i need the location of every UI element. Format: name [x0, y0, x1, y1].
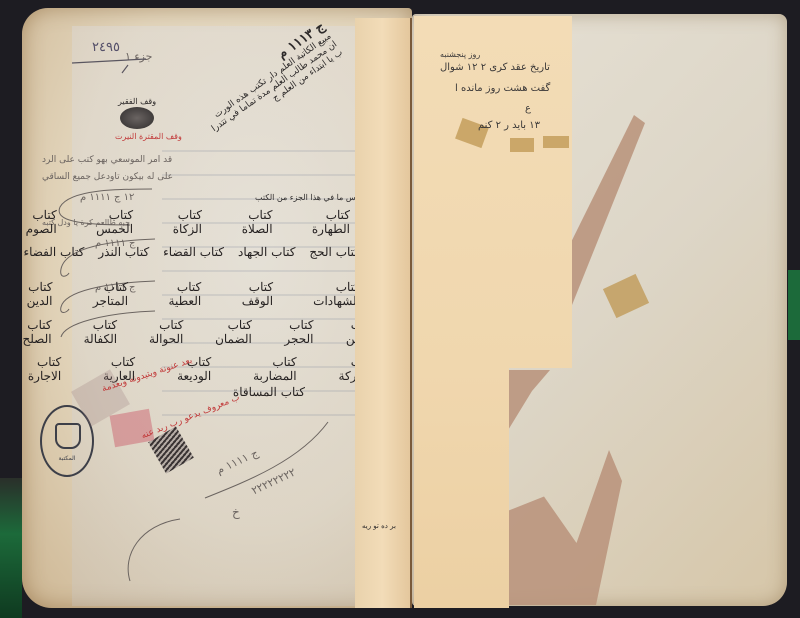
toc-item: كتاب الخمس: [71, 208, 133, 236]
toc-item: كتاب الحج: [309, 245, 360, 259]
toc-row-4: كتاب الرهن كتاب الحجر كتاب الضمان كتاب ا…: [0, 318, 375, 346]
flyleaf-note-3: گفت هشت روز مانده ا: [455, 83, 550, 94]
seal-label: المكتبة: [42, 455, 92, 462]
pencil-stroke: [70, 55, 150, 75]
toc-heading: فهرس ما في هذا الجزء من الكتب: [255, 193, 368, 202]
toc-item: كتاب المتاجر: [66, 280, 128, 308]
toc-item: كتاب الصلح: [0, 318, 52, 346]
toc-item: كتاب الشهادات: [287, 280, 360, 308]
tape-patch: [543, 136, 569, 148]
background-green-cloth: [0, 478, 22, 618]
pencil-loop-bottom: [120, 515, 190, 585]
margin-note-1: قد امر الموسعي بهو كتب على الرد: [42, 155, 172, 165]
toc-item: كتاب الاجارة: [0, 355, 61, 383]
toc-item: كتاب الصلاة: [216, 208, 273, 236]
toc-item: كتاب الحوالة: [127, 318, 183, 346]
toc-item: كتاب المساقاة: [233, 385, 305, 399]
page-number-note: ٢٤٩٥: [92, 40, 120, 55]
tape-patch: [510, 138, 534, 152]
bottom-pencil-note-3: خ: [232, 505, 240, 519]
seal-caption: وقف الفقير: [118, 97, 156, 106]
toc-item: كتاب الضمان: [193, 318, 252, 346]
toc-item: كتاب القضاء: [163, 245, 224, 259]
toc-item: كتاب الصوم: [0, 208, 57, 236]
flyleaf-note-2: تاريخ عقد كرى ٢ ١٢ شوال: [440, 62, 550, 73]
toc-item: كتاب العطية: [142, 280, 201, 308]
black-seal: [120, 107, 154, 129]
toc-row-6: كتاب المساقاة: [233, 385, 305, 399]
toc-item: كتاب الفضاء: [23, 245, 84, 259]
flyleaf-note-1: روز پنجشنبه: [440, 50, 480, 59]
toc-item: كتاب الدين: [0, 280, 52, 308]
spine-repair-strip: [355, 18, 412, 608]
toc-row-3: كتاب الشهادات كتاب الوقف كتاب العطية كتا…: [0, 280, 360, 308]
toc-item: كتاب الوقف: [215, 280, 273, 308]
toc-item: كتاب المضاربة: [225, 355, 296, 383]
spine-note: بر ده تو ريه: [362, 522, 396, 530]
margin-note-3: ١٢ ج ١١١١ م: [80, 192, 134, 203]
toc-item: كتاب الطهارة: [287, 208, 350, 236]
toc-row-1: كتاب الطهارة كتاب الصلاة كتاب الزكاة كتا…: [0, 208, 350, 236]
red-caption: وقف المقترة النيرت: [115, 132, 182, 141]
margin-note-2: على له بيكون تاودعل جميع الساقي: [42, 172, 173, 182]
toc-row-2: كتاب الحج كتاب الجهاد كتاب القضاء كتاب ا…: [23, 245, 360, 259]
background-green-cloth-right: [788, 270, 800, 340]
flyleaf-note-5: ١٣ بايد ر ٢ كنم: [478, 120, 540, 131]
toc-item: كتاب الجهاد: [238, 245, 295, 259]
seal-emblem-icon: [55, 423, 81, 449]
toc-item: كتاب الزكاة: [147, 208, 202, 236]
flyleaf-lower: [414, 368, 509, 608]
toc-item: كتاب الكفالة: [62, 318, 117, 346]
toc-item: كتاب النذر: [98, 245, 149, 259]
toc-item: كتاب الحجر: [262, 318, 314, 346]
flyleaf-note-4: ع: [525, 103, 531, 114]
